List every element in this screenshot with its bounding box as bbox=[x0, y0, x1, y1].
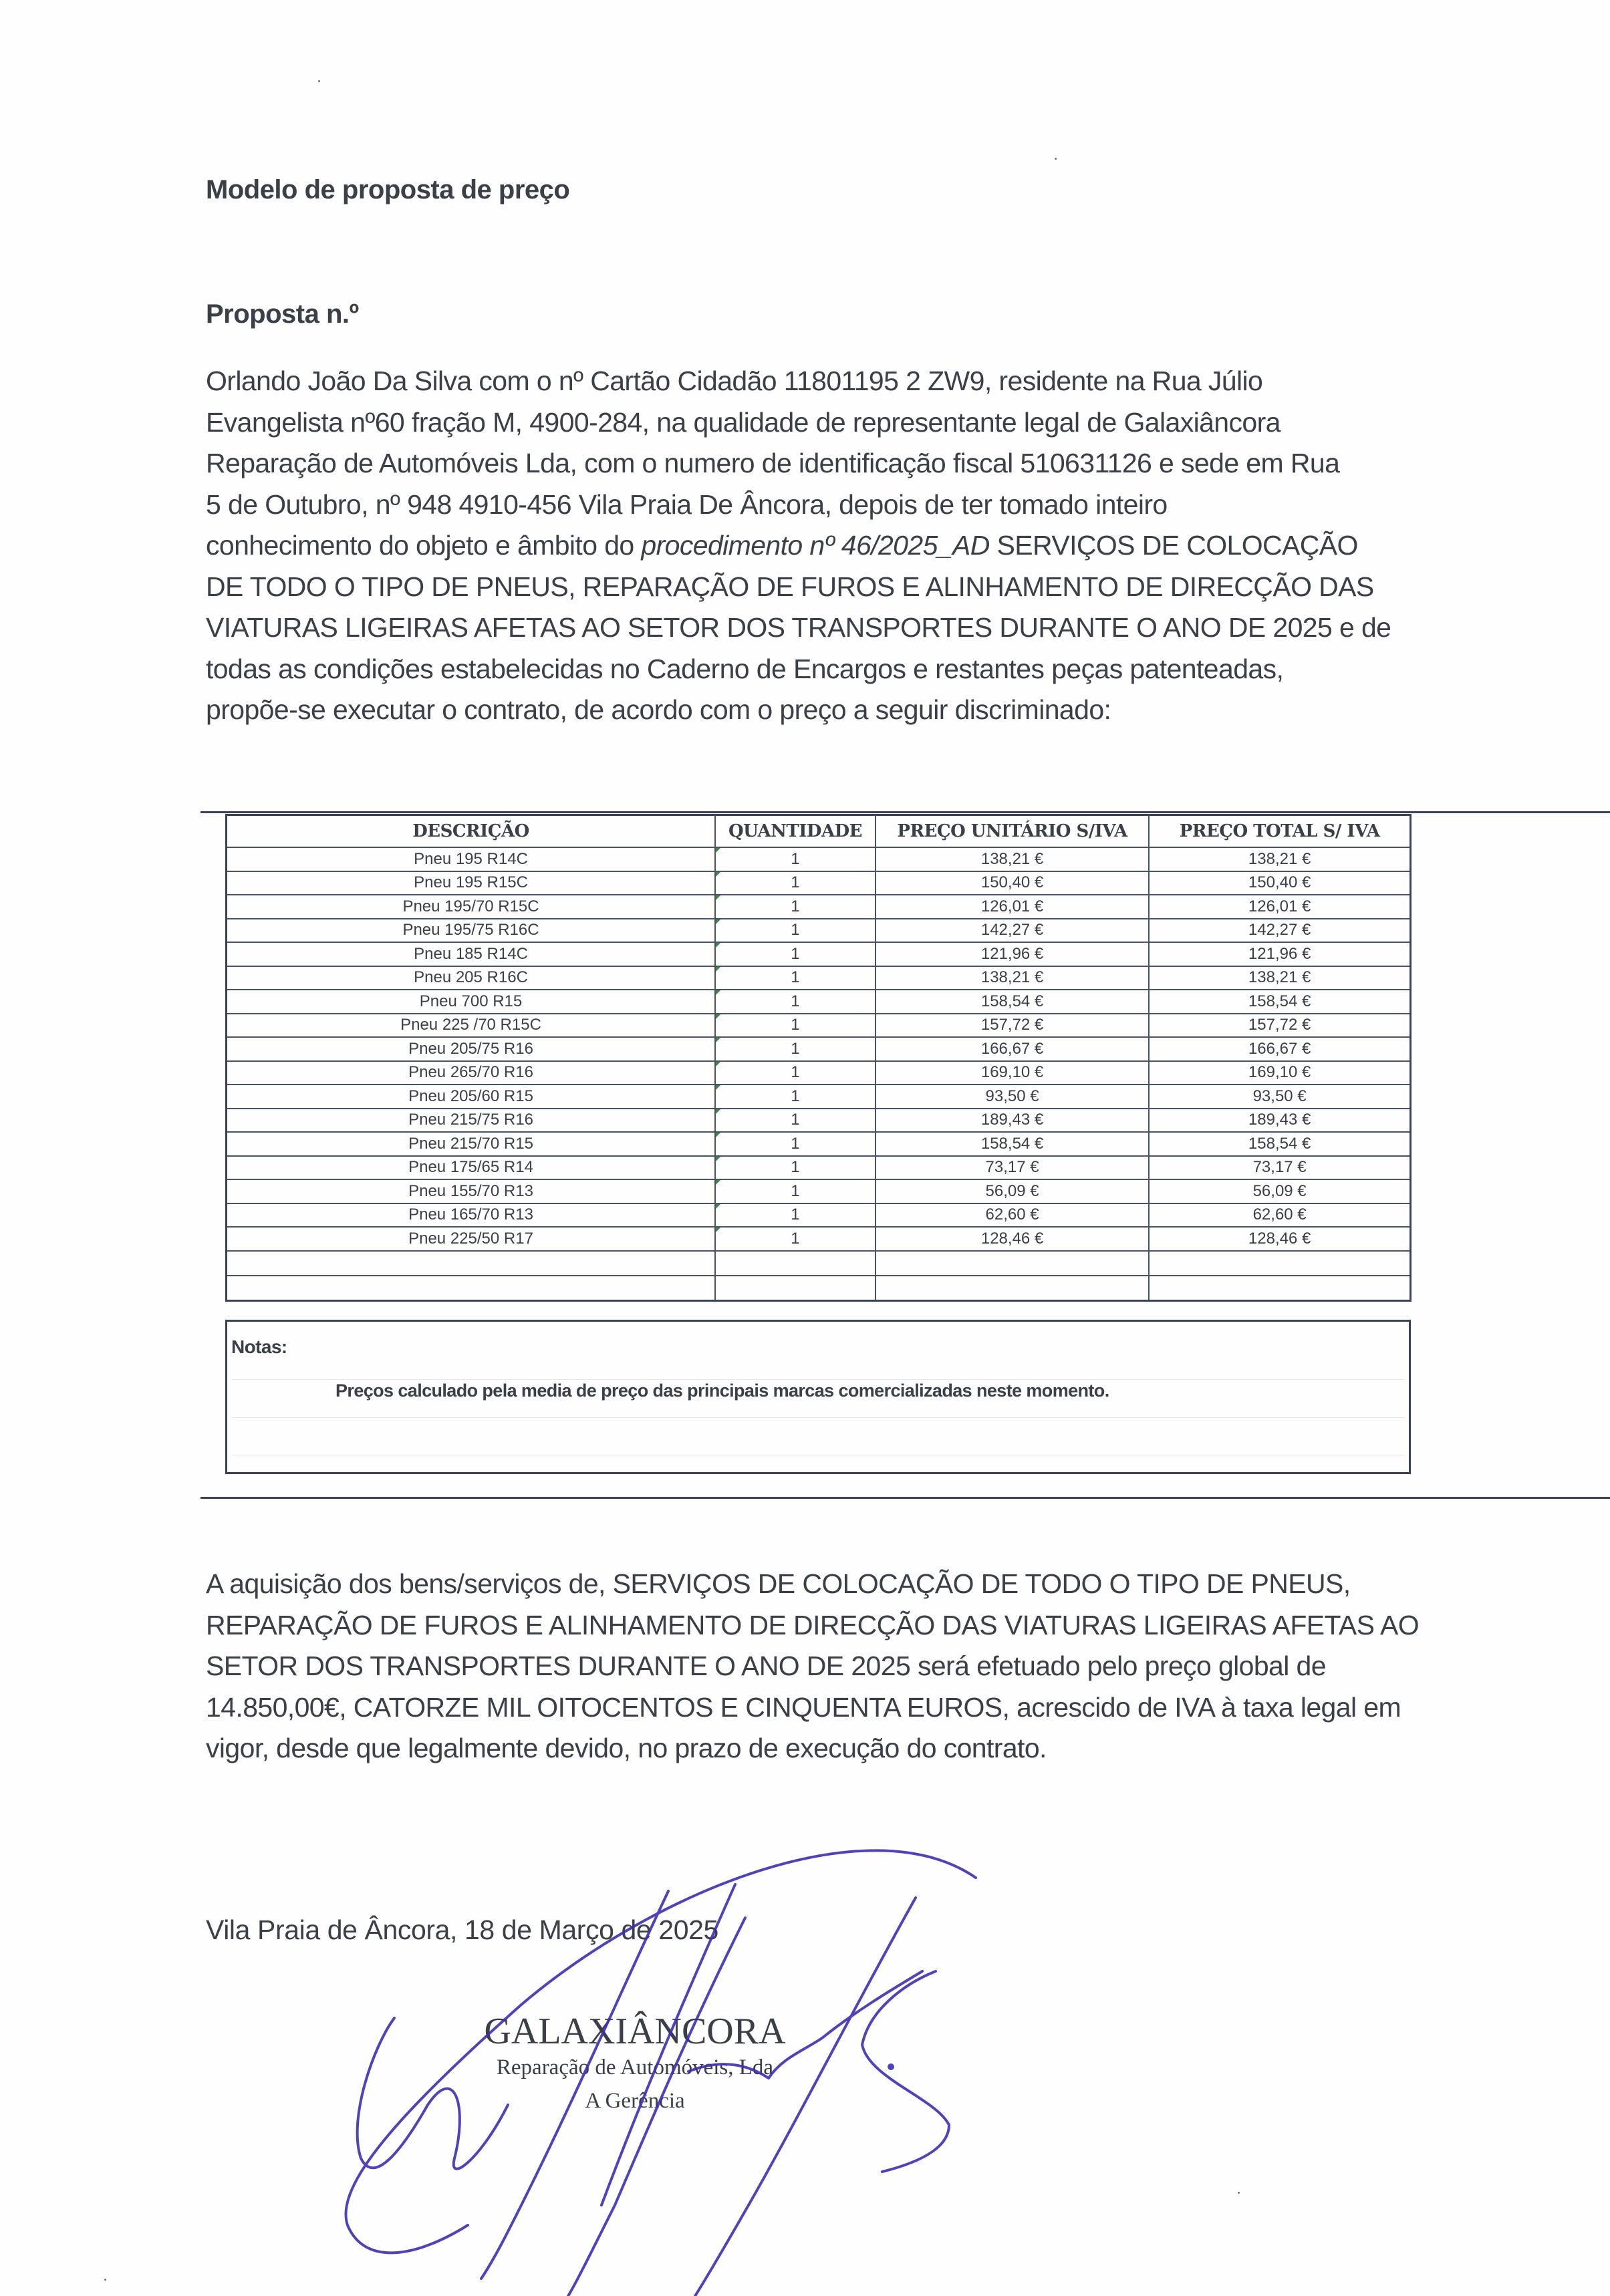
cell-description: Pneu 195/70 R15C bbox=[227, 895, 716, 919]
notes-guide-line bbox=[231, 1455, 1405, 1455]
closing-line: 14.850,00€, CATORZE MIL OITOCENTOS E CIN… bbox=[206, 1687, 1409, 1729]
cell-quantity: 1 bbox=[715, 1085, 876, 1109]
cell-unit-price: 128,46 € bbox=[876, 1227, 1149, 1251]
intro-text: Orlando João Da Silva com o nº Cartão Ci… bbox=[206, 366, 1262, 396]
procedure-reference: procedimento nº 46/2025_AD bbox=[641, 530, 989, 561]
cell-total-price: 142,27 € bbox=[1149, 919, 1410, 943]
cell-quantity: 1 bbox=[715, 1179, 876, 1203]
table-row: Pneu 165/70 R13162,60 €62,60 € bbox=[227, 1203, 1411, 1228]
place-and-date: Vila Praia de Âncora, 18 de Março de 202… bbox=[206, 1914, 718, 1946]
cell-total-price: 73,17 € bbox=[1149, 1156, 1410, 1180]
cell-unit-price bbox=[876, 1276, 1149, 1301]
cell-description: Pneu 175/65 R14 bbox=[227, 1156, 716, 1180]
cell-unit-price: 157,72 € bbox=[876, 1014, 1149, 1038]
table-row: Pneu 155/70 R13156,09 €56,09 € bbox=[227, 1179, 1411, 1203]
table-row: Pneu 265/70 R161169,10 €169,10 € bbox=[227, 1061, 1411, 1085]
closing-line: A aquisição dos bens/serviços de, SERVIÇ… bbox=[206, 1564, 1409, 1605]
cell-quantity: 1 bbox=[715, 1132, 876, 1156]
cell-quantity: 1 bbox=[715, 1156, 876, 1180]
cell-total-price: 138,21 € bbox=[1149, 966, 1410, 990]
cell-total-price: 126,01 € bbox=[1149, 895, 1410, 919]
cell-total-price: 150,40 € bbox=[1149, 871, 1410, 895]
closing-line: SETOR DOS TRANSPORTES DURANTE O ANO DE 2… bbox=[206, 1646, 1409, 1687]
cell-quantity: 1 bbox=[715, 1061, 876, 1085]
cell-description: Pneu 225 /70 R15C bbox=[227, 1014, 716, 1038]
cell-quantity: 1 bbox=[715, 847, 876, 871]
speck bbox=[1238, 2192, 1240, 2194]
cell-description: Pneu 185 R14C bbox=[227, 942, 716, 966]
cell-unit-price: 158,54 € bbox=[876, 990, 1149, 1014]
cell-description: Pneu 195 R15C bbox=[227, 871, 716, 895]
notes-guide-line bbox=[231, 1379, 1405, 1380]
intro-text: SERVIÇOS DE COLOCAÇÃO bbox=[990, 530, 1358, 561]
cell-total-price: 189,43 € bbox=[1149, 1109, 1410, 1133]
table-row: Pneu 700 R151158,54 €158,54 € bbox=[227, 990, 1411, 1014]
table-row: Pneu 195 R14C1138,21 €138,21 € bbox=[227, 847, 1411, 871]
speck bbox=[104, 2279, 106, 2281]
cell-quantity: 1 bbox=[715, 895, 876, 919]
cell-unit-price: 189,43 € bbox=[876, 1109, 1149, 1133]
table-row: Pneu 225 /70 R15C1157,72 €157,72 € bbox=[227, 1014, 1411, 1038]
intro-text: DE TODO O TIPO DE PNEUS, REPARAÇÃO DE FU… bbox=[206, 571, 1374, 602]
cell-description bbox=[227, 1251, 716, 1276]
cell-unit-price: 166,67 € bbox=[876, 1037, 1149, 1061]
speck bbox=[1055, 158, 1057, 160]
cell-description: Pneu 215/75 R16 bbox=[227, 1109, 716, 1133]
intro-line: DE TODO O TIPO DE PNEUS, REPARAÇÃO DE FU… bbox=[206, 567, 1409, 608]
cell-quantity bbox=[715, 1276, 876, 1301]
cell-quantity: 1 bbox=[715, 1014, 876, 1038]
table-row: Pneu 185 R14C1121,96 €121,96 € bbox=[227, 942, 1411, 966]
header-quantity: QUANTIDADE bbox=[715, 815, 876, 848]
intro-text: Evangelista nº60 fração M, 4900-284, na … bbox=[206, 407, 1281, 438]
table-top-rule bbox=[200, 811, 1610, 813]
notes-box: Notas: Preços calculado pela media de pr… bbox=[225, 1320, 1411, 1474]
intro-text: 5 de Outubro, nº 948 4910-456 Vila Praia… bbox=[206, 489, 1168, 520]
cell-unit-price: 93,50 € bbox=[876, 1085, 1149, 1109]
cell-description: Pneu 155/70 R13 bbox=[227, 1179, 716, 1203]
header-total-price: PREÇO TOTAL S/ IVA bbox=[1149, 815, 1410, 848]
cell-total-price: 128,46 € bbox=[1149, 1227, 1410, 1251]
intro-paragraph: Orlando João Da Silva com o nº Cartão Ci… bbox=[206, 361, 1409, 731]
table-row: Pneu 225/50 R171128,46 €128,46 € bbox=[227, 1227, 1411, 1251]
cell-description: Pneu 205 R16C bbox=[227, 966, 716, 990]
intro-line: propõe-se executar o contrato, de acordo… bbox=[206, 690, 1409, 731]
intro-text: todas as condições estabelecidas no Cade… bbox=[206, 654, 1283, 684]
cell-description: Pneu 215/70 R15 bbox=[227, 1132, 716, 1156]
cell-unit-price: 150,40 € bbox=[876, 871, 1149, 895]
table-row: Pneu 205/75 R161166,67 €166,67 € bbox=[227, 1037, 1411, 1061]
cell-total-price: 169,10 € bbox=[1149, 1061, 1410, 1085]
cell-unit-price: 121,96 € bbox=[876, 942, 1149, 966]
intro-line: 5 de Outubro, nº 948 4910-456 Vila Praia… bbox=[206, 484, 1409, 526]
stamp-role: A Gerência bbox=[461, 2086, 809, 2116]
closing-paragraph: A aquisição dos bens/serviços de, SERVIÇ… bbox=[206, 1564, 1409, 1769]
intro-line: Orlando João Da Silva com o nº Cartão Ci… bbox=[206, 361, 1409, 402]
cell-unit-price: 62,60 € bbox=[876, 1203, 1149, 1228]
cell-description: Pneu 265/70 R16 bbox=[227, 1061, 716, 1085]
cell-total-price: 62,60 € bbox=[1149, 1203, 1410, 1228]
intro-line: todas as condições estabelecidas no Cade… bbox=[206, 649, 1409, 690]
cell-description: Pneu 700 R15 bbox=[227, 990, 716, 1014]
table-row: Pneu 195 R15C1150,40 €150,40 € bbox=[227, 871, 1411, 895]
cell-unit-price: 158,54 € bbox=[876, 1132, 1149, 1156]
cell-quantity: 1 bbox=[715, 966, 876, 990]
cell-total-price bbox=[1149, 1251, 1410, 1276]
speck bbox=[318, 80, 320, 82]
document-page: Modelo de proposta de preço Proposta n.º… bbox=[0, 0, 1610, 2296]
cell-quantity: 1 bbox=[715, 990, 876, 1014]
cell-quantity: 1 bbox=[715, 871, 876, 895]
cell-unit-price: 126,01 € bbox=[876, 895, 1149, 919]
cell-description: Pneu 195 R14C bbox=[227, 847, 716, 871]
table-row: Pneu 215/75 R161189,43 €189,43 € bbox=[227, 1109, 1411, 1133]
cell-quantity: 1 bbox=[715, 1037, 876, 1061]
intro-text: VIATURAS LIGEIRAS AFETAS AO SETOR DOS TR… bbox=[206, 612, 1391, 643]
table-row-empty bbox=[227, 1276, 1411, 1301]
cell-description: Pneu 225/50 R17 bbox=[227, 1227, 716, 1251]
cell-total-price: 56,09 € bbox=[1149, 1179, 1410, 1203]
cell-unit-price: 169,10 € bbox=[876, 1061, 1149, 1085]
price-table: DESCRIÇÃO QUANTIDADE PREÇO UNITÁRIO S/IV… bbox=[225, 814, 1412, 1302]
cell-unit-price: 73,17 € bbox=[876, 1156, 1149, 1180]
cell-quantity: 1 bbox=[715, 1109, 876, 1133]
intro-line: Evangelista nº60 fração M, 4900-284, na … bbox=[206, 402, 1409, 444]
cell-total-price: 157,72 € bbox=[1149, 1014, 1410, 1038]
notes-label: Notas: bbox=[231, 1336, 287, 1358]
cell-description: Pneu 195/75 R16C bbox=[227, 919, 716, 943]
document-title: Modelo de proposta de preço bbox=[206, 175, 569, 205]
table-row: Pneu 215/70 R151158,54 €158,54 € bbox=[227, 1132, 1411, 1156]
header-unit-price: PREÇO UNITÁRIO S/IVA bbox=[876, 815, 1149, 848]
cell-total-price: 158,54 € bbox=[1149, 990, 1410, 1014]
company-stamp: GALAXIÂNCORA Reparação de Automóveis, Ld… bbox=[461, 2011, 809, 2116]
stamp-subtitle: Reparação de Automóveis, Lda bbox=[461, 2053, 809, 2082]
table-row: Pneu 205/60 R15193,50 €93,50 € bbox=[227, 1085, 1411, 1109]
cell-quantity: 1 bbox=[715, 942, 876, 966]
intro-text: conhecimento do objeto e âmbito do bbox=[206, 530, 641, 561]
notes-guide-line bbox=[231, 1417, 1405, 1418]
table-row: Pneu 205 R16C1138,21 €138,21 € bbox=[227, 966, 1411, 990]
cell-quantity: 1 bbox=[715, 1227, 876, 1251]
cell-total-price bbox=[1149, 1276, 1410, 1301]
cell-description: Pneu 205/60 R15 bbox=[227, 1085, 716, 1109]
stamp-company-name: GALAXIÂNCORA bbox=[461, 2011, 809, 2051]
cell-unit-price: 138,21 € bbox=[876, 847, 1149, 871]
intro-line: VIATURAS LIGEIRAS AFETAS AO SETOR DOS TR… bbox=[206, 607, 1409, 649]
cell-quantity bbox=[715, 1251, 876, 1276]
cell-total-price: 166,67 € bbox=[1149, 1037, 1410, 1061]
cell-unit-price: 142,27 € bbox=[876, 919, 1149, 943]
cell-unit-price: 56,09 € bbox=[876, 1179, 1149, 1203]
header-description: DESCRIÇÃO bbox=[227, 815, 716, 848]
notes-text: Preços calculado pela media de preço das… bbox=[336, 1381, 1109, 1401]
cell-unit-price bbox=[876, 1251, 1149, 1276]
cell-quantity: 1 bbox=[715, 1203, 876, 1228]
closing-line: REPARAÇÃO DE FUROS E ALINHAMENTO DE DIRE… bbox=[206, 1605, 1409, 1646]
intro-line: conhecimento do objeto e âmbito do proce… bbox=[206, 525, 1409, 567]
closing-line: vigor, desde que legalmente devido, no p… bbox=[206, 1728, 1409, 1769]
cell-description: Pneu 165/70 R13 bbox=[227, 1203, 716, 1228]
cell-total-price: 121,96 € bbox=[1149, 942, 1410, 966]
proposal-number-label: Proposta n.º bbox=[206, 299, 359, 329]
cell-description: Pneu 205/75 R16 bbox=[227, 1037, 716, 1061]
cell-total-price: 138,21 € bbox=[1149, 847, 1410, 871]
table-row: Pneu 195/70 R15C1126,01 €126,01 € bbox=[227, 895, 1411, 919]
intro-text: propõe-se executar o contrato, de acordo… bbox=[206, 694, 1111, 725]
intro-text: Reparação de Automóveis Lda, com o numer… bbox=[206, 448, 1339, 478]
cell-total-price: 93,50 € bbox=[1149, 1085, 1410, 1109]
table-row: Pneu 175/65 R14173,17 €73,17 € bbox=[227, 1156, 1411, 1180]
table-bottom-rule bbox=[200, 1497, 1610, 1499]
table-header-row: DESCRIÇÃO QUANTIDADE PREÇO UNITÁRIO S/IV… bbox=[227, 815, 1411, 848]
cell-unit-price: 138,21 € bbox=[876, 966, 1149, 990]
cell-quantity: 1 bbox=[715, 919, 876, 943]
cell-description bbox=[227, 1276, 716, 1301]
intro-line: Reparação de Automóveis Lda, com o numer… bbox=[206, 443, 1409, 484]
cell-total-price: 158,54 € bbox=[1149, 1132, 1410, 1156]
table-row-empty bbox=[227, 1251, 1411, 1276]
table-row: Pneu 195/75 R16C1142,27 €142,27 € bbox=[227, 919, 1411, 943]
